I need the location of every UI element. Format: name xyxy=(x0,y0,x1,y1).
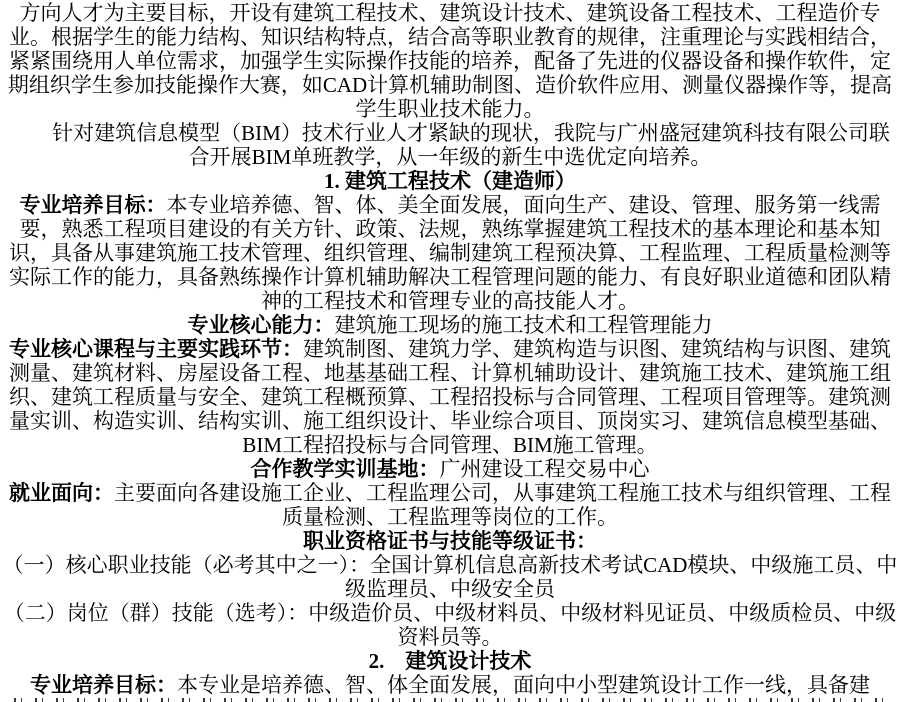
paragraph-text: 针对建筑信息模型（BIM）技术行业人才紧缺的现状，我院与广州盛冠建筑科技有限公司… xyxy=(52,121,890,169)
cutoff-text-line xyxy=(14,698,886,702)
paragraph-label: 职业资格证书与技能等级证书： xyxy=(303,529,597,553)
para-cert-core-skills: （一）核心职业技能（必考其中之一）：全国计算机信息高新技术考试CAD模块、中级施… xyxy=(0,553,900,601)
para-training-base: 合作教学实训基地：广州建设工程交易中心 xyxy=(0,457,900,481)
para-core-courses: 专业核心课程与主要实践环节：建筑制图、建筑力学、建筑构造与识图、建筑结构与识图、… xyxy=(0,337,900,457)
paragraph-label: 1. 建筑工程技术（建造师） xyxy=(324,169,576,193)
paragraph-label: 2. 建筑设计技术 xyxy=(369,649,532,673)
paragraph-label: 专业培养目标： xyxy=(30,673,177,697)
para-training-goal-2: 专业培养目标：本专业是培养德、智、体全面发展，面向中小型建筑设计工作一线，具备建 xyxy=(0,673,900,697)
paragraph-label: 就业面向： xyxy=(9,481,114,505)
document-page: 方向人才为主要目标，开设有建筑工程技术、建筑设计技术、建筑设备工程技术、工程造价… xyxy=(0,0,900,702)
paragraph-label: 专业核心能力： xyxy=(188,313,335,337)
para-cert-optional-skills: （二）岗位（群）技能（选考）：中级造价员、中级材料员、中级材料见证员、中级质检员… xyxy=(0,601,900,649)
heading-major-1: 1. 建筑工程技术（建造师） xyxy=(0,169,900,193)
paragraph-text: 建筑施工现场的施工技术和工程管理能力 xyxy=(335,313,713,337)
paragraph-text: 方向人才为主要目标，开设有建筑工程技术、建筑设计技术、建筑设备工程技术、工程造价… xyxy=(8,1,892,121)
para-employment: 就业面向：主要面向各建设施工企业、工程监理公司，从事建筑工程施工技术与组织管理、… xyxy=(0,481,900,529)
heading-certificates: 职业资格证书与技能等级证书： xyxy=(0,529,900,553)
para-intro-continued: 方向人才为主要目标，开设有建筑工程技术、建筑设计技术、建筑设备工程技术、工程造价… xyxy=(0,1,900,121)
paragraph-text: 主要面向各建设施工企业、工程监理公司，从事建筑工程施工技术与组织管理、工程质量检… xyxy=(114,481,891,529)
paragraph-label: 合作教学实训基地： xyxy=(251,457,440,481)
paragraph-text: （二）岗位（群）技能（选考）：中级造价员、中级材料员、中级材料见证员、中级质检员… xyxy=(4,601,897,649)
heading-major-2: 2. 建筑设计技术 xyxy=(0,649,900,673)
para-core-ability: 专业核心能力：建筑施工现场的施工技术和工程管理能力 xyxy=(0,313,900,337)
para-training-goal-1: 专业培养目标：本专业培养德、智、体、美全面发展，面向生产、建设、管理、服务第一线… xyxy=(0,193,900,313)
paragraph-text: （一）核心职业技能（必考其中之一）：全国计算机信息高新技术考试CAD模块、中级施… xyxy=(3,553,898,601)
paragraph-label: 专业培养目标： xyxy=(20,193,167,217)
paragraph-label: 专业核心课程与主要实践环节： xyxy=(9,337,303,361)
paragraph-text: 本专业是培养德、智、体全面发展，面向中小型建筑设计工作一线，具备建 xyxy=(177,673,870,697)
para-bim-cooperation: 针对建筑信息模型（BIM）技术行业人才紧缺的现状，我院与广州盛冠建筑科技有限公司… xyxy=(0,121,900,169)
paragraph-text: 广州建设工程交易中心 xyxy=(440,457,650,481)
